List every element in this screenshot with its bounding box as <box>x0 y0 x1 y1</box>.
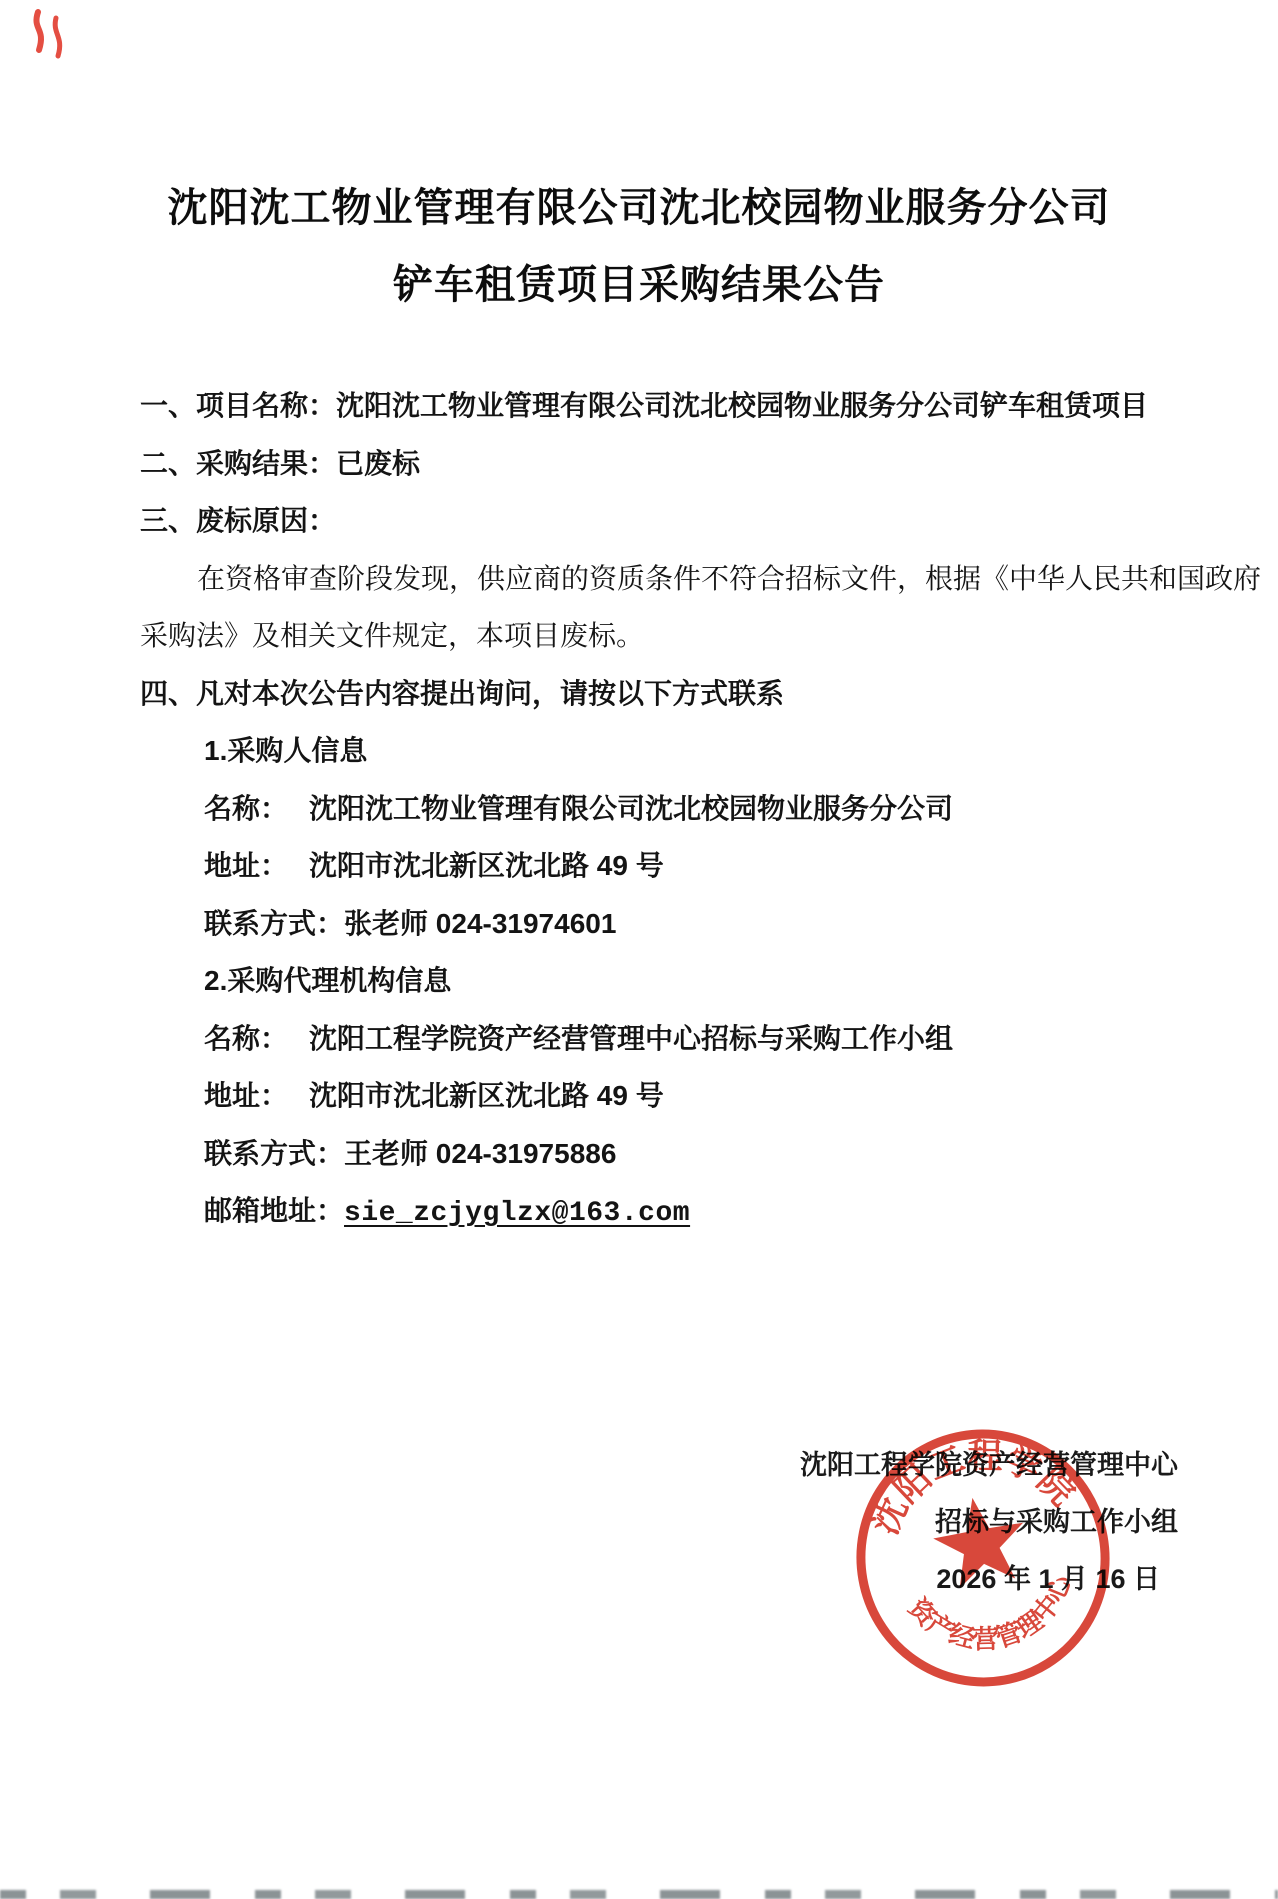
scan-edge-artifact <box>0 1890 1278 1899</box>
purchaser-address-row: 地址：沈阳市沈北新区沈北路 49 号 <box>140 837 1238 895</box>
document-title-line1: 沈阳沈工物业管理有限公司沈北校园物业服务分公司 <box>0 170 1278 247</box>
purchaser-contact-value: 张老师 024-31974601 <box>344 908 616 939</box>
agency-contact-value: 王老师 024-31975886 <box>344 1138 616 1169</box>
agency-email-value: sie_zcjyglzx@163.com <box>344 1198 690 1229</box>
document-title-line2: 铲车租赁项目采购结果公告 <box>0 247 1278 324</box>
agency-name-value: 沈阳工程学院资产经营管理中心招标与采购工作小组 <box>309 1023 953 1054</box>
document-page: 沈阳沈工物业管理有限公司沈北校园物业服务分公司 铲车租赁项目采购结果公告 一、项… <box>0 0 1278 1899</box>
purchaser-address-label: 地址： <box>204 837 309 895</box>
agency-name-label: 名称： <box>204 1010 309 1068</box>
section-reason-heading: 三、废标原因： <box>140 492 1238 550</box>
purchaser-name-row: 名称：沈阳沈工物业管理有限公司沈北校园物业服务分公司 <box>140 780 1238 838</box>
star-icon <box>928 1490 1033 1591</box>
agency-address-label: 地址： <box>204 1067 309 1125</box>
section-project-name: 一、项目名称：沈阳沈工物业管理有限公司沈北校园物业服务分公司铲车租赁项目 <box>140 377 1238 435</box>
section-contact-heading: 四、凡对本次公告内容提出询问，请按以下方式联系 <box>140 665 1238 723</box>
purchaser-name-value: 沈阳沈工物业管理有限公司沈北校园物业服务分公司 <box>309 793 953 824</box>
purchaser-name-label: 名称： <box>204 780 309 838</box>
document-title: 沈阳沈工物业管理有限公司沈北校园物业服务分公司 铲车租赁项目采购结果公告 <box>0 170 1278 324</box>
purchaser-address-value: 沈阳市沈北新区沈北路 49 号 <box>309 850 664 881</box>
reason-paragraph-line2: 采购法》及相关文件规定，本项目废标。 <box>140 607 1238 665</box>
section-result: 二、采购结果：已废标 <box>140 435 1238 493</box>
agency-info-heading: 2.采购代理机构信息 <box>140 952 1238 1010</box>
agency-contact-label: 联系方式： <box>204 1138 344 1169</box>
agency-name-row: 名称：沈阳工程学院资产经营管理中心招标与采购工作小组 <box>140 1010 1238 1068</box>
agency-address-row: 地址：沈阳市沈北新区沈北路 49 号 <box>140 1067 1238 1125</box>
agency-email-label: 邮箱地址： <box>204 1195 344 1226</box>
red-pen-mark-icon <box>18 4 82 78</box>
agency-contact-row: 联系方式：王老师 024-31975886 <box>140 1125 1238 1183</box>
purchaser-info-heading: 1.采购人信息 <box>140 722 1238 780</box>
agency-address-value: 沈阳市沈北新区沈北路 49 号 <box>309 1080 664 1111</box>
official-seal-stamp: 沈阳工程学院 资产经营管理中心 <box>823 1398 1143 1718</box>
purchaser-contact-label: 联系方式： <box>204 908 344 939</box>
document-body: 一、项目名称：沈阳沈工物业管理有限公司沈北校园物业服务分公司铲车租赁项目 二、采… <box>140 377 1238 1243</box>
reason-paragraph-line1: 在资格审查阶段发现，供应商的资质条件不符合招标文件，根据《中华人民共和国政府 <box>140 550 1238 608</box>
agency-email-row: 邮箱地址：sie_zcjyglzx@163.com <box>140 1182 1238 1243</box>
purchaser-contact-row: 联系方式：张老师 024-31974601 <box>140 895 1238 953</box>
